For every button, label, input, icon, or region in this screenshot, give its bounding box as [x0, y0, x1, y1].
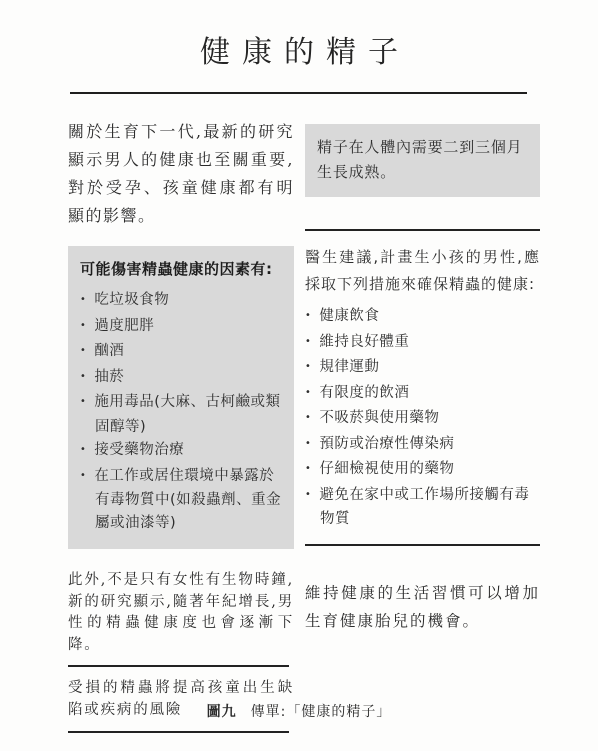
list-item: 吃垃圾食物	[80, 289, 282, 314]
list-item: 過度肥胖	[80, 315, 282, 340]
list-item: 酗酒	[80, 340, 282, 365]
flyer-page: 健康的精子 關於生育下一代,最新的研究顯示男人的健康也至關重要,對於受孕、孩童健…	[0, 0, 598, 751]
list-item: 規律運動	[305, 356, 540, 381]
list-item: 不吸菸與使用藥物	[305, 407, 540, 432]
list-item: 有限度的飲酒	[305, 382, 540, 407]
list-item: 健康飲食	[305, 305, 540, 330]
advice-list: 健康飲食 維持良好體重 規律運動 有限度的飲酒 不吸菸與使用藥物 預防或治療性傳…	[305, 305, 540, 531]
sperm-maturation-box: 精子在人體內需要二到三個月生長成熟。	[305, 124, 540, 197]
right-column: 精子在人體內需要二到三個月生長成熟。 醫生建議,計畫生小孩的男性,應採取下列措施…	[305, 118, 540, 733]
figure-number: 圖九	[207, 704, 237, 720]
left-column: 關於生育下一代,最新的研究顯示男人的健康也至關重要,對於受孕、孩童健康都有明顯的…	[68, 118, 294, 733]
list-item: 仔細檢視使用的藥物	[305, 458, 540, 483]
figure-caption-text: 傳單:「健康的精子」	[251, 704, 392, 720]
section-divider	[68, 731, 289, 733]
list-item: 維持良好體重	[305, 331, 540, 356]
risk-factors-heading: 可能傷害精蟲健康的因素有:	[80, 258, 282, 280]
list-item: 接受藥物治療	[80, 439, 282, 464]
intro-paragraph: 關於生育下一代,最新的研究顯示男人的健康也至關重要,對於受孕、孩童健康都有明顯的…	[68, 118, 294, 230]
sperm-maturation-text: 精子在人體內需要二到三個月生長成熟。	[317, 135, 528, 185]
risk-factors-box: 可能傷害精蟲健康的因素有: 吃垃圾食物 過度肥胖 酗酒 抽菸 施用毒品(大麻、古…	[68, 246, 294, 549]
list-item: 抽菸	[80, 366, 282, 391]
biological-clock-paragraph: 此外,不是只有女性有生物時鐘,新的研究顯示,隨著年紀增長,男性的精蟲健康度也會逐…	[68, 570, 294, 656]
healthy-habits-paragraph: 維持健康的生活習慣可以增加生育健康胎兒的機會。	[305, 579, 540, 635]
list-item: 預防或治療性傳染病	[305, 433, 540, 458]
section-divider	[305, 544, 540, 546]
figure-caption: 圖九傳單:「健康的精子」	[0, 701, 598, 721]
two-column-layout: 關於生育下一代,最新的研究顯示男人的健康也至關重要,對於受孕、孩童健康都有明顯的…	[0, 118, 598, 733]
list-item: 施用毒品(大麻、古柯鹼或類固醇等)	[80, 391, 282, 438]
page-title: 健康的精子	[0, 27, 598, 71]
risk-factors-list: 吃垃圾食物 過度肥胖 酗酒 抽菸 施用毒品(大麻、古柯鹼或類固醇等) 接受藥物治…	[80, 289, 282, 534]
section-divider	[305, 229, 540, 231]
doctor-advice-paragraph: 醫生建議,計畫生小孩的男性,應採取下列措施來確保精蟲的健康:	[305, 244, 540, 298]
title-divider	[70, 92, 527, 94]
section-divider	[68, 665, 289, 667]
list-item: 避免在家中或工作場所接觸有毒物質	[305, 484, 540, 531]
list-item: 在工作或居住環境中暴露於有毒物質中(如殺蟲劑、重金屬或油漆等)	[80, 465, 282, 535]
